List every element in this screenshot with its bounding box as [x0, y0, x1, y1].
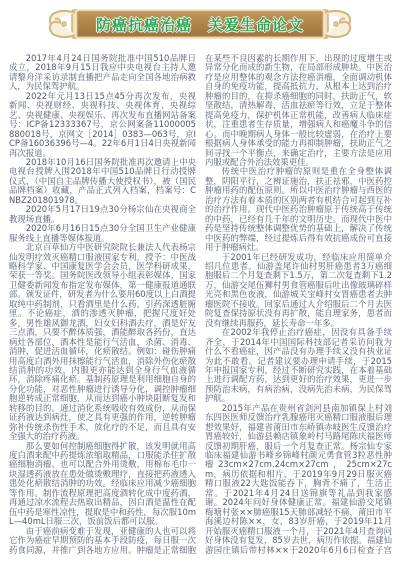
- article-paragraph: 2022年元月13日15点45分再次发布，央视新闻、央视财经、央视科技、央视体育…: [9, 92, 196, 158]
- article-paragraph: 传统中医治疗肿瘤的原则是重在全身整体调整，阴阳平行，之辨证施治，扶正祛邪，中医药…: [205, 167, 392, 252]
- article-paragraph: 2020年6月16日15点30分全国卫生产业健康服务线上直播等媒体报道。: [9, 224, 196, 243]
- header-banner: 防癌抗癌治癌 关爱生命论文: [0, 5, 400, 43]
- article-body: 2017年4月24日国务院批准中国510品牌日成立，2018年9月15日我应中央…: [9, 54, 392, 558]
- article-paragraph: 于2001年已经研发成功，经临床应用简单介绍几位患者。仙游盖尾许仙村男肝癌患者3…: [205, 253, 392, 329]
- article-paragraph: 2020年5月17日19点30分杨宗仙在央视商全教现场直播。: [9, 205, 196, 224]
- article-paragraph: 那么要如何控制癌细胞得扩散，该发明就用高度白酒来配中药提炼浓缩取精品，口服能杀住…: [9, 442, 196, 527]
- article-paragraph: 在2002年我停止治疗癌症，因没有具备手续齐全，于2014年中国国际科技部记者采…: [205, 328, 392, 404]
- article-paragraph: 北京百草仙方中医研究院院长兼法人代表杨宗仙发明疗效灭癌精口服液国家专利，授予：中…: [9, 243, 196, 442]
- banner-bar: 防癌抗癌治癌 关爱生命论文: [76, 10, 324, 38]
- scroll-ornament-left-icon: [47, 6, 79, 42]
- scroll-ornament-right-icon: [321, 6, 353, 42]
- article-paragraph: 2018年10月16日国务院批准再次邀请上中央电视台授牌入围2018年中国510…: [9, 158, 196, 205]
- article-paragraph: 2017年4月24日国务院批准中国510品牌日成立，2018年9月15日我应中央…: [9, 54, 196, 92]
- page-title: 防癌抗癌治癌 关爱生命论文: [96, 14, 304, 35]
